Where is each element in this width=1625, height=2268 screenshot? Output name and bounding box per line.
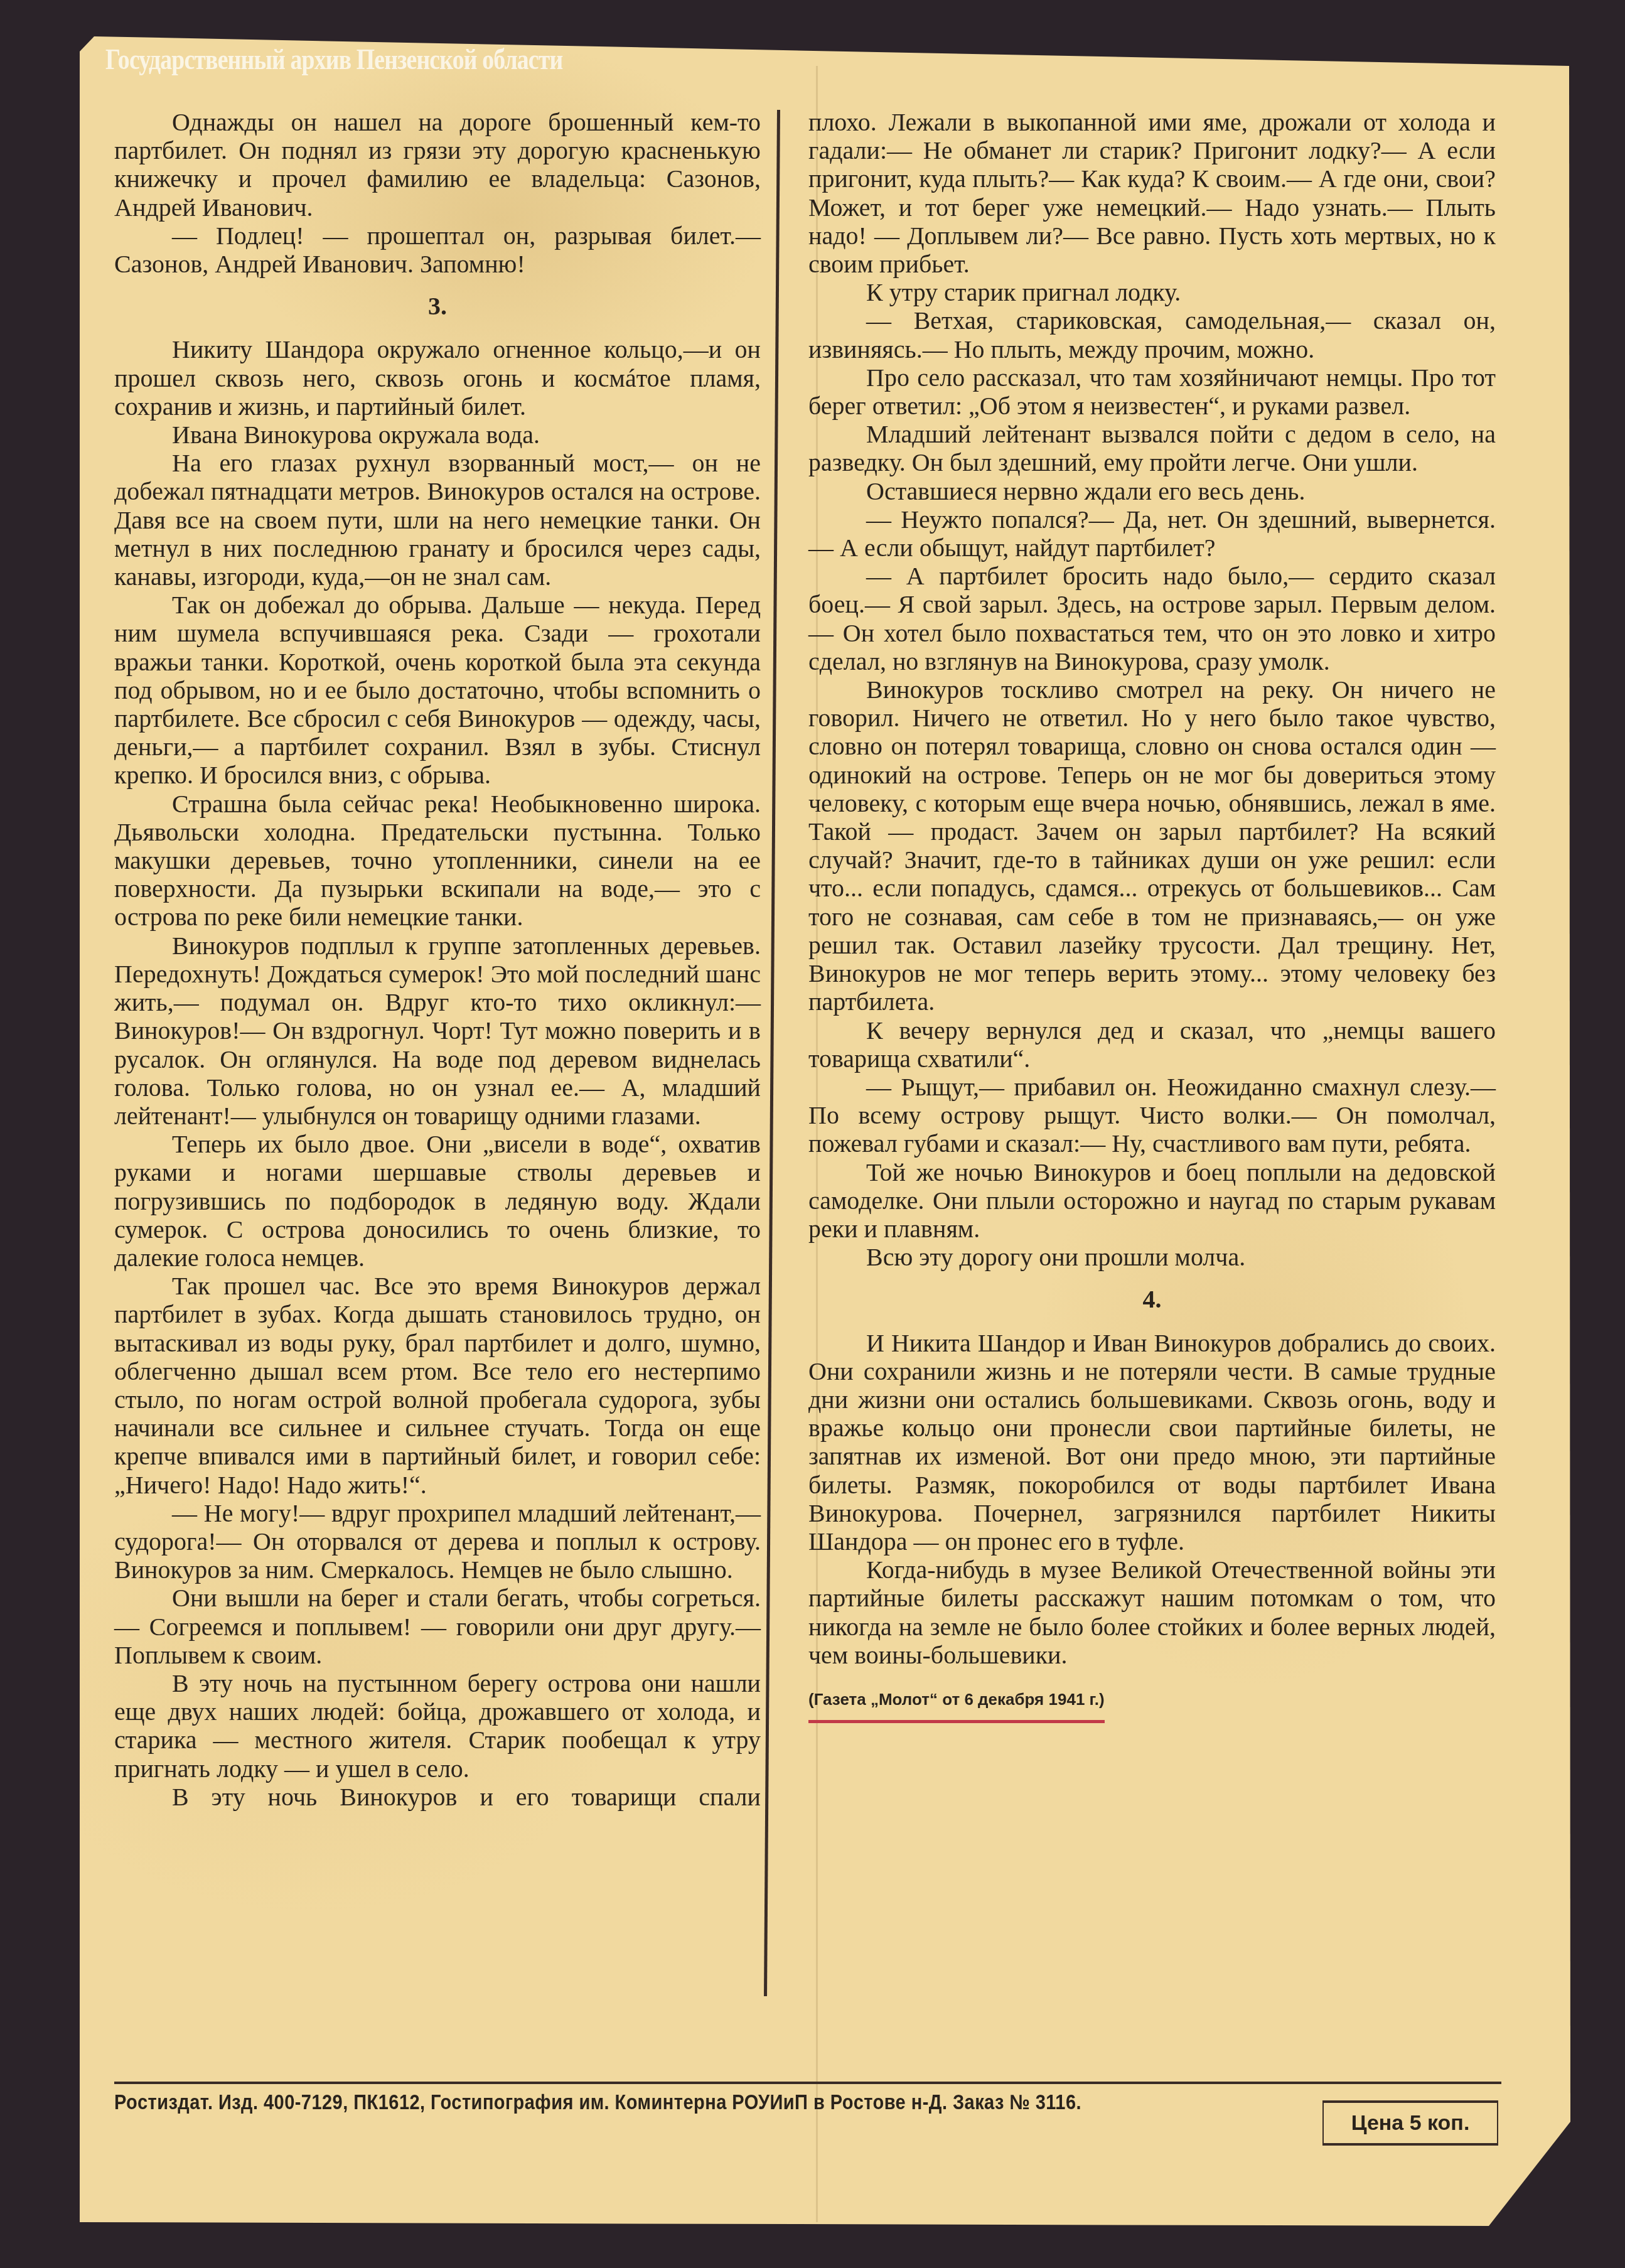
paragraph: Той же ночью Винокуров и боец поплыли на… [808, 1158, 1496, 1244]
paragraph: — Рыщут,— прибавил он. Неожиданно смахну… [808, 1073, 1496, 1158]
section-heading-3: 3. [114, 292, 761, 320]
paragraph: Винокуров тоскливо смотрел на реку. Он н… [808, 675, 1496, 1016]
paragraph: — Не могу!— вдруг прохрипел младший лейт… [114, 1499, 761, 1584]
paragraph: — Ветхая, стариковская, самодельная,— ск… [808, 306, 1496, 363]
left-column: Однажды он нашел на дороге брошенный кем… [114, 108, 761, 1811]
paragraph: Винокуров подплыл к группе затопленных д… [114, 932, 761, 1130]
paragraph: Когда-нибудь в музее Великой Отечественн… [808, 1556, 1496, 1669]
paragraph: К вечеру вернулся дед и сказал, что „нем… [808, 1016, 1496, 1073]
right-column: плохо. Лежали в выкопанной ими яме, дрож… [808, 108, 1496, 1723]
paragraph: Так он добежал до обрыва. Дальше — некуд… [114, 591, 761, 789]
paragraph: — Неужто попался?— Да, нет. Он здешний, … [808, 505, 1496, 562]
paragraph: Оставшиеся нервно ждали его весь день. [808, 477, 1496, 505]
paragraph: Младший лейтенант вызвался пойти с дедом… [808, 420, 1496, 476]
paragraph: В эту ночь Винокуров и его товарищи спал… [114, 1783, 761, 1811]
paragraph: Страшна была сейчас река! Необыкновенно … [114, 790, 761, 932]
paragraph: Про село рассказал, что там хозяйничают … [808, 363, 1496, 420]
paragraph: — Подлец! — прошептал он, разрывая билет… [114, 222, 761, 278]
paragraph: Никиту Шандора окружало огненное кольцо,… [114, 335, 761, 421]
paragraph: В эту ночь на пустынном берегу острова о… [114, 1669, 761, 1783]
source-citation: (Газета „Молот“ от 6 декабря 1941 г.) [808, 1685, 1105, 1723]
paragraph: Они вышли на берег и стали бегать, чтобы… [114, 1584, 761, 1669]
paragraph: Теперь их было двое. Они „висели в воде“… [114, 1130, 761, 1272]
price-label: Цена 5 коп. [1351, 2111, 1470, 2136]
paragraph: Так прошел час. Все это время Винокуров … [114, 1272, 761, 1499]
archive-watermark: Государственный архив Пензенской области [105, 43, 562, 76]
printer-imprint: Ростиздат. Изд. 400-7129, ПК1612, Гостип… [114, 2090, 1081, 2114]
paragraph: Всю эту дорогу они прошли молча. [808, 1243, 1496, 1271]
paragraph-continuation: плохо. Лежали в выкопанной ими яме, дрож… [808, 108, 1496, 278]
price-box: Цена 5 коп. [1322, 2100, 1498, 2146]
section-heading-4: 4. [808, 1285, 1496, 1313]
paragraph: Ивана Винокурова окружала вода. [114, 421, 761, 449]
paragraph: И Никита Шандор и Иван Винокуров добрали… [808, 1329, 1496, 1556]
footer-rule [114, 2082, 1501, 2084]
paragraph: К утру старик пригнал лодку. [808, 278, 1496, 306]
paragraph: На его глазах рухнул взорванный мост,— о… [114, 449, 761, 591]
paragraph: — А партбилет бросить надо было,— сердит… [808, 562, 1496, 675]
paragraph: Однажды он нашел на дороге брошенный кем… [114, 108, 761, 222]
